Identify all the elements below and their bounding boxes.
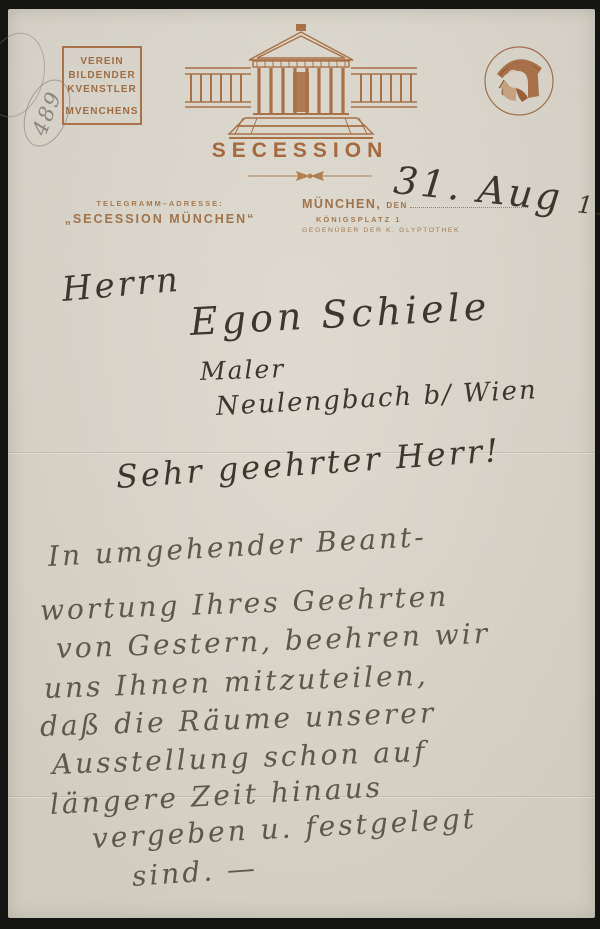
flourish-ornament-icon xyxy=(248,169,372,183)
telegram-value: „SECESSION MÜNCHEN“ xyxy=(52,212,268,226)
city-label: MÜNCHEN, xyxy=(302,197,381,211)
association-line: VEREIN xyxy=(64,55,140,69)
letterhead-title: SECESSION xyxy=(0,139,600,163)
association-line: BILDENDER xyxy=(64,69,140,83)
archive-number: 489 xyxy=(28,87,67,139)
street-address: KÖNIGSPLATZ 1 xyxy=(316,215,528,224)
athena-head-medallion-icon xyxy=(482,44,556,118)
address-note: GEGENÜBER DER K. GLYPTOTHEK xyxy=(302,227,528,234)
scanned-letter: 489 VEREIN BILDENDER KVENSTLER MVENCHENS xyxy=(0,0,600,929)
association-line: KVENSTLER xyxy=(64,83,140,97)
secession-building-icon xyxy=(183,22,419,140)
association-line: MVENCHENS xyxy=(64,105,140,119)
handwritten-year: 11. xyxy=(576,190,600,223)
telegram-address-block: TELEGRAMM–ADRESSE: „SECESSION MÜNCHEN“ xyxy=(52,199,268,226)
telegram-label: TELEGRAMM–ADRESSE: xyxy=(52,199,268,208)
recipient-profession: Maler xyxy=(199,354,285,386)
association-name-box: VEREIN BILDENDER KVENSTLER MVENCHENS xyxy=(62,46,142,125)
